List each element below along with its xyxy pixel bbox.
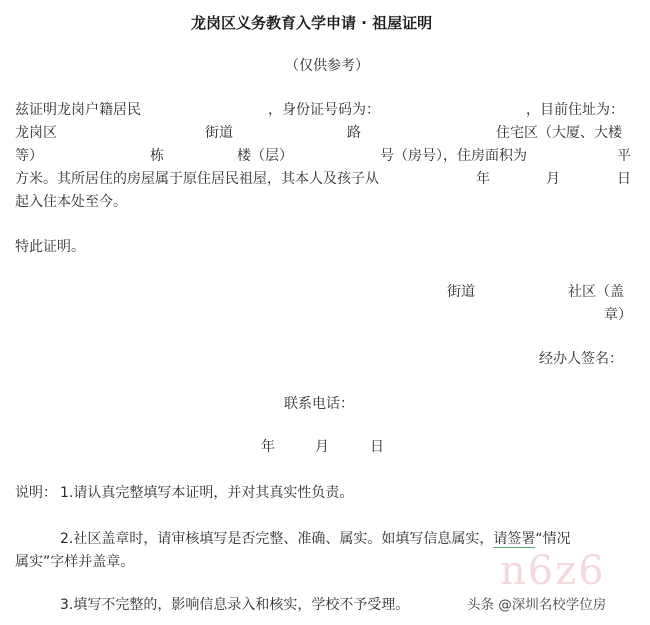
source-credit: 头条 @深圳名校学位房 [467, 596, 606, 614]
body-line3-floor: 楼（层） [237, 147, 293, 165]
date-month: 月 [315, 438, 329, 456]
body-line2-street: 街道 [205, 124, 233, 142]
notes-label: 说明： [15, 484, 57, 502]
date-day: 日 [370, 438, 384, 456]
body-line3-building: 栋 [150, 147, 164, 165]
date-year: 年 [261, 438, 275, 456]
note-item-2-sign-phrase: 请签署 [493, 531, 535, 548]
note-item-2-text: 2.社区盖章时，请审核填写是否完整、准确、属实。如填写信息属实， [60, 531, 493, 547]
watermark: n6z6 [500, 551, 606, 591]
body-line3-close: 等） [15, 147, 43, 165]
document-subtitle: （仅供参考） [285, 57, 369, 75]
body-line2-district: 龙岗区 [15, 124, 57, 142]
note-item-1: 1.请认真完整填写本证明，并对其真实性负责。 [60, 484, 353, 502]
body-line4-year: 年 [476, 170, 490, 188]
body-line1-address: ，目前住址为： [526, 101, 624, 119]
note-item-2-quote-open: “情况 [535, 531, 570, 547]
body-line4-day: 日 [617, 170, 631, 188]
body-line2-estate: 住宅区（大厦、大楼 [496, 124, 622, 142]
body-line4-month: 月 [546, 170, 560, 188]
body-line4-statement: 方米。其所居住的房屋属于原住居民祖屋，其本人及孩子从 [15, 170, 379, 188]
body-line3-room: 号（房号），住房面积为 [380, 147, 527, 165]
stamp-street: 街道 [447, 283, 475, 301]
certify-statement: 特此证明。 [15, 238, 85, 256]
stamp-community-cont: 章） [604, 306, 632, 324]
body-line5: 起入住本处至今。 [15, 193, 127, 211]
contact-phone-label: 联系电话： [284, 395, 354, 413]
note-item-2: 2.社区盖章时，请审核填写是否完整、准确、属实。如填写信息属实，请签署“情况 [60, 530, 571, 548]
stamp-community: 社区（盖 [568, 283, 624, 301]
document-title: 龙岗区义务教育入学申请 · 祖屋证明 [191, 14, 432, 32]
handler-signature-label: 经办人签名： [539, 350, 623, 368]
body-line1-start: 兹证明龙岗户籍居民 [15, 101, 141, 119]
note-item-3: 3.填写不完整的，影响信息录入和核实，学校不予受理。 [60, 596, 409, 614]
body-line3-area-unit: 平 [617, 147, 631, 165]
body-line2-road: 路 [347, 124, 361, 142]
body-line1-id: ，身份证号码为： [268, 101, 380, 119]
note-item-2-cont: 属实”字样并盖章。 [15, 553, 134, 571]
